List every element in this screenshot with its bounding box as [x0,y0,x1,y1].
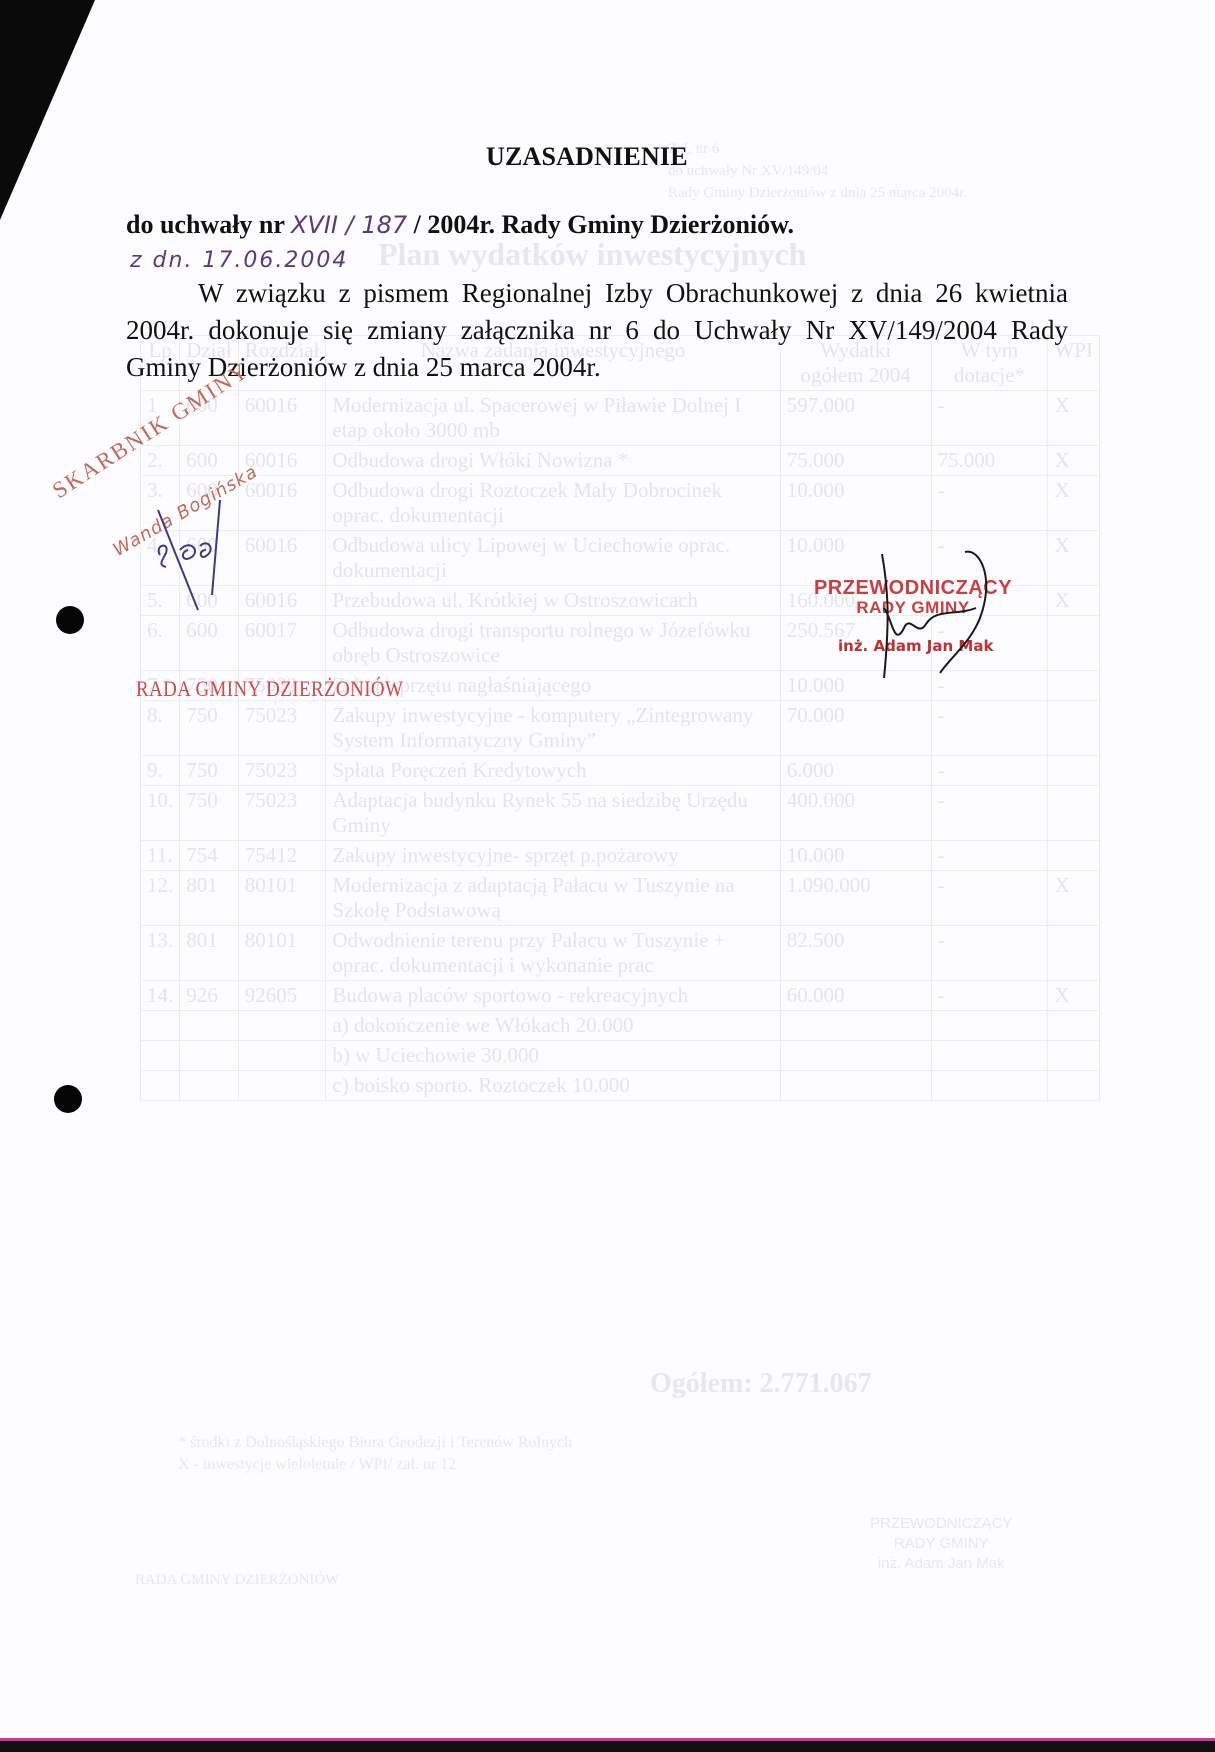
ghost-footnote: * środki z Dolnośląskiego Biura Geodezji… [178,1432,572,1454]
ghost-cell: 9. [141,756,180,786]
ghost-cell: 13. [141,926,180,981]
ghost-cell: Spłata Poręczeń Kredytowych [326,756,780,786]
ghost-cell [780,1011,931,1041]
ghost-cell [1048,756,1100,786]
ghost-cell: 75023 [238,756,326,786]
ghost-cell: 60016 [238,531,326,586]
ghost-cell: Budowa placów sportowo - rekreacyjnych [326,981,780,1011]
ghost-cell: 1.090.000 [780,871,931,926]
ghost-cell: 801 [180,926,238,981]
ghost-cell [1048,786,1100,841]
ghost-cell: - [931,701,1048,756]
ghost-cell: 60017 [238,616,326,671]
ghost-sub-row: b) w Uciechowie 30.000 [141,1041,1100,1071]
ghost-cell: 60016 [238,391,326,446]
ghost-cell [931,1011,1048,1041]
ghost-table-row: 14.92692605Budowa placów sportowo - rekr… [141,981,1100,1011]
ghost-cell: 10.000 [780,841,931,871]
ghost-table-row: 9.75075023Spłata Poręczeń Kredytowych6.0… [141,756,1100,786]
ghost-stamp-line: inż. Adam Jan Mak [870,1554,1013,1574]
ghost-cell: - [931,981,1048,1011]
ghost-header-line: Zał. nr 6 [668,138,967,160]
ghost-cell [780,1071,931,1101]
ghost-cell: 750 [180,756,238,786]
ghost-cell: 600 [180,446,238,476]
ghost-table-row: 3.60060016Odbudowa drogi Roztoczek Mały … [141,476,1100,531]
ghost-cell [1048,926,1100,981]
ghost-cell: 6.000 [780,756,931,786]
ghost-cell [141,1011,180,1041]
ghost-cell: 75.000 [780,446,931,476]
ghost-header-line: Rady Gminy Dzierżoniów z dnia 25 marca 2… [668,182,967,204]
ghost-cell: 80101 [238,926,326,981]
ghost-table-row: 12.80180101Modernizacja z adaptacją Pała… [141,871,1100,926]
handwritten-date: z dn. 17.06.2004 [130,248,348,273]
ghost-cell: 11. [141,841,180,871]
ghost-cell: 14. [141,981,180,1011]
ghost-cell: - [931,756,1048,786]
ghost-cell: 754 [180,841,238,871]
ghost-cell: 8. [141,701,180,756]
ghost-chairman-stamp: PRZEWODNICZĄCY RADY GMINY inż. Adam Jan … [870,1514,1013,1574]
ghost-cell: 750 [180,701,238,756]
scan-bottom-edge [0,1738,1215,1752]
ghost-cell: 60016 [238,586,326,616]
ghost-cell: 2. [141,446,180,476]
ghost-cell: 600 [180,616,238,671]
ref-suffix: / 2004r. Rady Gminy Dzierżoniów. [414,210,794,239]
ghost-footnote: X - inwestycje wieloletnie / WPI/ zał. n… [178,1454,572,1476]
ghost-cell: X [1048,871,1100,926]
ghost-cell: Odbudowa drogi transportu rolnego w Józe… [326,616,780,671]
ghost-cell: Modernizacja ul. Spacerowej w Piławie Do… [326,391,780,446]
ghost-cell: Modernizacja z adaptacją Pałacu w Tuszyn… [326,871,780,926]
ghost-cell [180,1041,238,1071]
ghost-sub-row: a) dokończenie we Włókach 20.000 [141,1011,1100,1041]
ghost-cell [141,1041,180,1071]
ghost-table-row: 8.75075023Zakupy inwestycyjne - komputer… [141,701,1100,756]
body-paragraph: W związku z pismem Regionalnej Izby Obra… [126,275,1068,386]
ghost-cell [931,1041,1048,1071]
ghost-cell: 82.500 [780,926,931,981]
ghost-cell: X [1048,586,1100,616]
ghost-cell [180,1011,238,1041]
ref-handwritten-number: XVII / 187 [291,211,407,239]
ghost-cell: X [1048,981,1100,1011]
ghost-cell: b) w Uciechowie 30.000 [326,1041,780,1071]
ghost-cell: Adaptacja budynku Rynek 55 na siedzibę U… [326,786,780,841]
ghost-cell [1048,701,1100,756]
ghost-cell: X [1048,476,1100,531]
ghost-council-stamp: RADA GMINY DZIERŻONIÓW [135,1572,339,1589]
ghost-cell: 75023 [238,701,326,756]
ghost-cell: - [931,476,1048,531]
ghost-cell: - [931,786,1048,841]
ghost-cell: 75.000 [931,446,1048,476]
ghost-cell: 750 [180,786,238,841]
ghost-cell: Odwodnienie terenu przy Pałacu w Tuszyni… [326,926,780,981]
ghost-footnotes: * środki z Dolnośląskiego Biura Geodezji… [178,1432,572,1476]
ghost-cell [1048,1071,1100,1101]
ghost-cell: Przebudowa ul. Krótkiej w Ostroszowicach [326,586,780,616]
ghost-cell: Zakupy inwestycyjne- sprzęt p.pożarowy [326,841,780,871]
ghost-title: Plan wydatków inwestycyjnych [378,236,806,273]
ghost-table-row: 160060016Modernizacja ul. Spacerowej w P… [141,391,1100,446]
ghost-cell: - [931,871,1048,926]
ghost-cell [780,1041,931,1071]
ghost-cell: 12. [141,871,180,926]
ghost-total: Ogółem: 2.771.067 [650,1368,872,1400]
ghost-cell: 10.000 [780,476,931,531]
ghost-cell: c) boisko sporto. Roztoczek 10.000 [326,1071,780,1101]
ghost-cell: Odbudowa drogi Roztoczek Mały Dobrocinek… [326,476,780,531]
ghost-sub-row: c) boisko sporto. Roztoczek 10.000 [141,1071,1100,1101]
ghost-cell: 400.000 [780,786,931,841]
ghost-header-line: do uchwały Nr XV/149/04 [668,160,967,182]
resolution-reference: do uchwały nr XVII / 187 / 2004r. Rady G… [126,210,794,240]
ghost-header: Zał. nr 6 do uchwały Nr XV/149/04 Rady G… [668,138,967,204]
ghost-investment-table: LpDziałRozdziałNazwa zadania inwestycyjn… [140,335,1100,1101]
ghost-stamp-line: PRZEWODNICZĄCY [870,1514,1013,1534]
ghost-cell: X [1048,446,1100,476]
chairman-signature-icon [870,548,1010,688]
ghost-cell: 597.000 [780,391,931,446]
ghost-stamp-line: RADY GMINY [870,1534,1013,1554]
ghost-cell: - [931,391,1048,446]
ghost-cell [238,1011,326,1041]
council-stamp: RADA GMINY DZIERŻONIÓW [136,676,403,702]
ghost-cell: 60.000 [780,981,931,1011]
ghost-table-body: 160060016Modernizacja ul. Spacerowej w P… [141,391,1100,1101]
ghost-table-row: 11.75475412Zakupy inwestycyjne- sprzęt p… [141,841,1100,871]
ghost-cell: X [1048,391,1100,446]
ghost-table-row: 10.75075023Adaptacja budynku Rynek 55 na… [141,786,1100,841]
ghost-cell: Odbudowa drogi Włóki Nowizna * [326,446,780,476]
ghost-cell [1048,1041,1100,1071]
ghost-cell: Odbudowa ulicy Lipowej w Uciechowie opra… [326,531,780,586]
ghost-cell: - [931,841,1048,871]
ghost-cell [1048,671,1100,701]
ghost-cell [1048,1011,1100,1041]
ref-prefix: do uchwały nr [126,210,284,239]
ghost-cell [1048,616,1100,671]
ghost-cell: a) dokończenie we Włókach 20.000 [326,1011,780,1041]
ghost-cell: Zakupy inwestycyjne - komputery „Zintegr… [326,701,780,756]
ghost-cell: 6. [141,616,180,671]
ghost-table-row: 2.60060016Odbudowa drogi Włóki Nowizna *… [141,446,1100,476]
treasurer-signature-icon [150,500,240,610]
ghost-cell [180,1071,238,1101]
scan-corner-shadow [0,0,95,220]
punch-hole [56,606,84,634]
ghost-cell: 10. [141,786,180,841]
ghost-cell: - [931,926,1048,981]
ghost-table-row: 13.80180101Odwodnienie terenu przy Pałac… [141,926,1100,981]
ghost-cell: 75412 [238,841,326,871]
ghost-cell [931,1071,1048,1101]
ghost-cell: X [1048,531,1100,586]
document-title: UZASADNIENIE [486,142,688,172]
ghost-cell: 75023 [238,786,326,841]
ghost-cell: 801 [180,871,238,926]
ghost-cell [141,1071,180,1101]
ghost-cell: 80101 [238,871,326,926]
ghost-cell: 926 [180,981,238,1011]
ghost-cell [238,1041,326,1071]
ghost-cell [238,1071,326,1101]
ghost-cell: 70.000 [780,701,931,756]
ghost-cell [1048,841,1100,871]
punch-hole [54,1085,82,1113]
ghost-cell: 92605 [238,981,326,1011]
